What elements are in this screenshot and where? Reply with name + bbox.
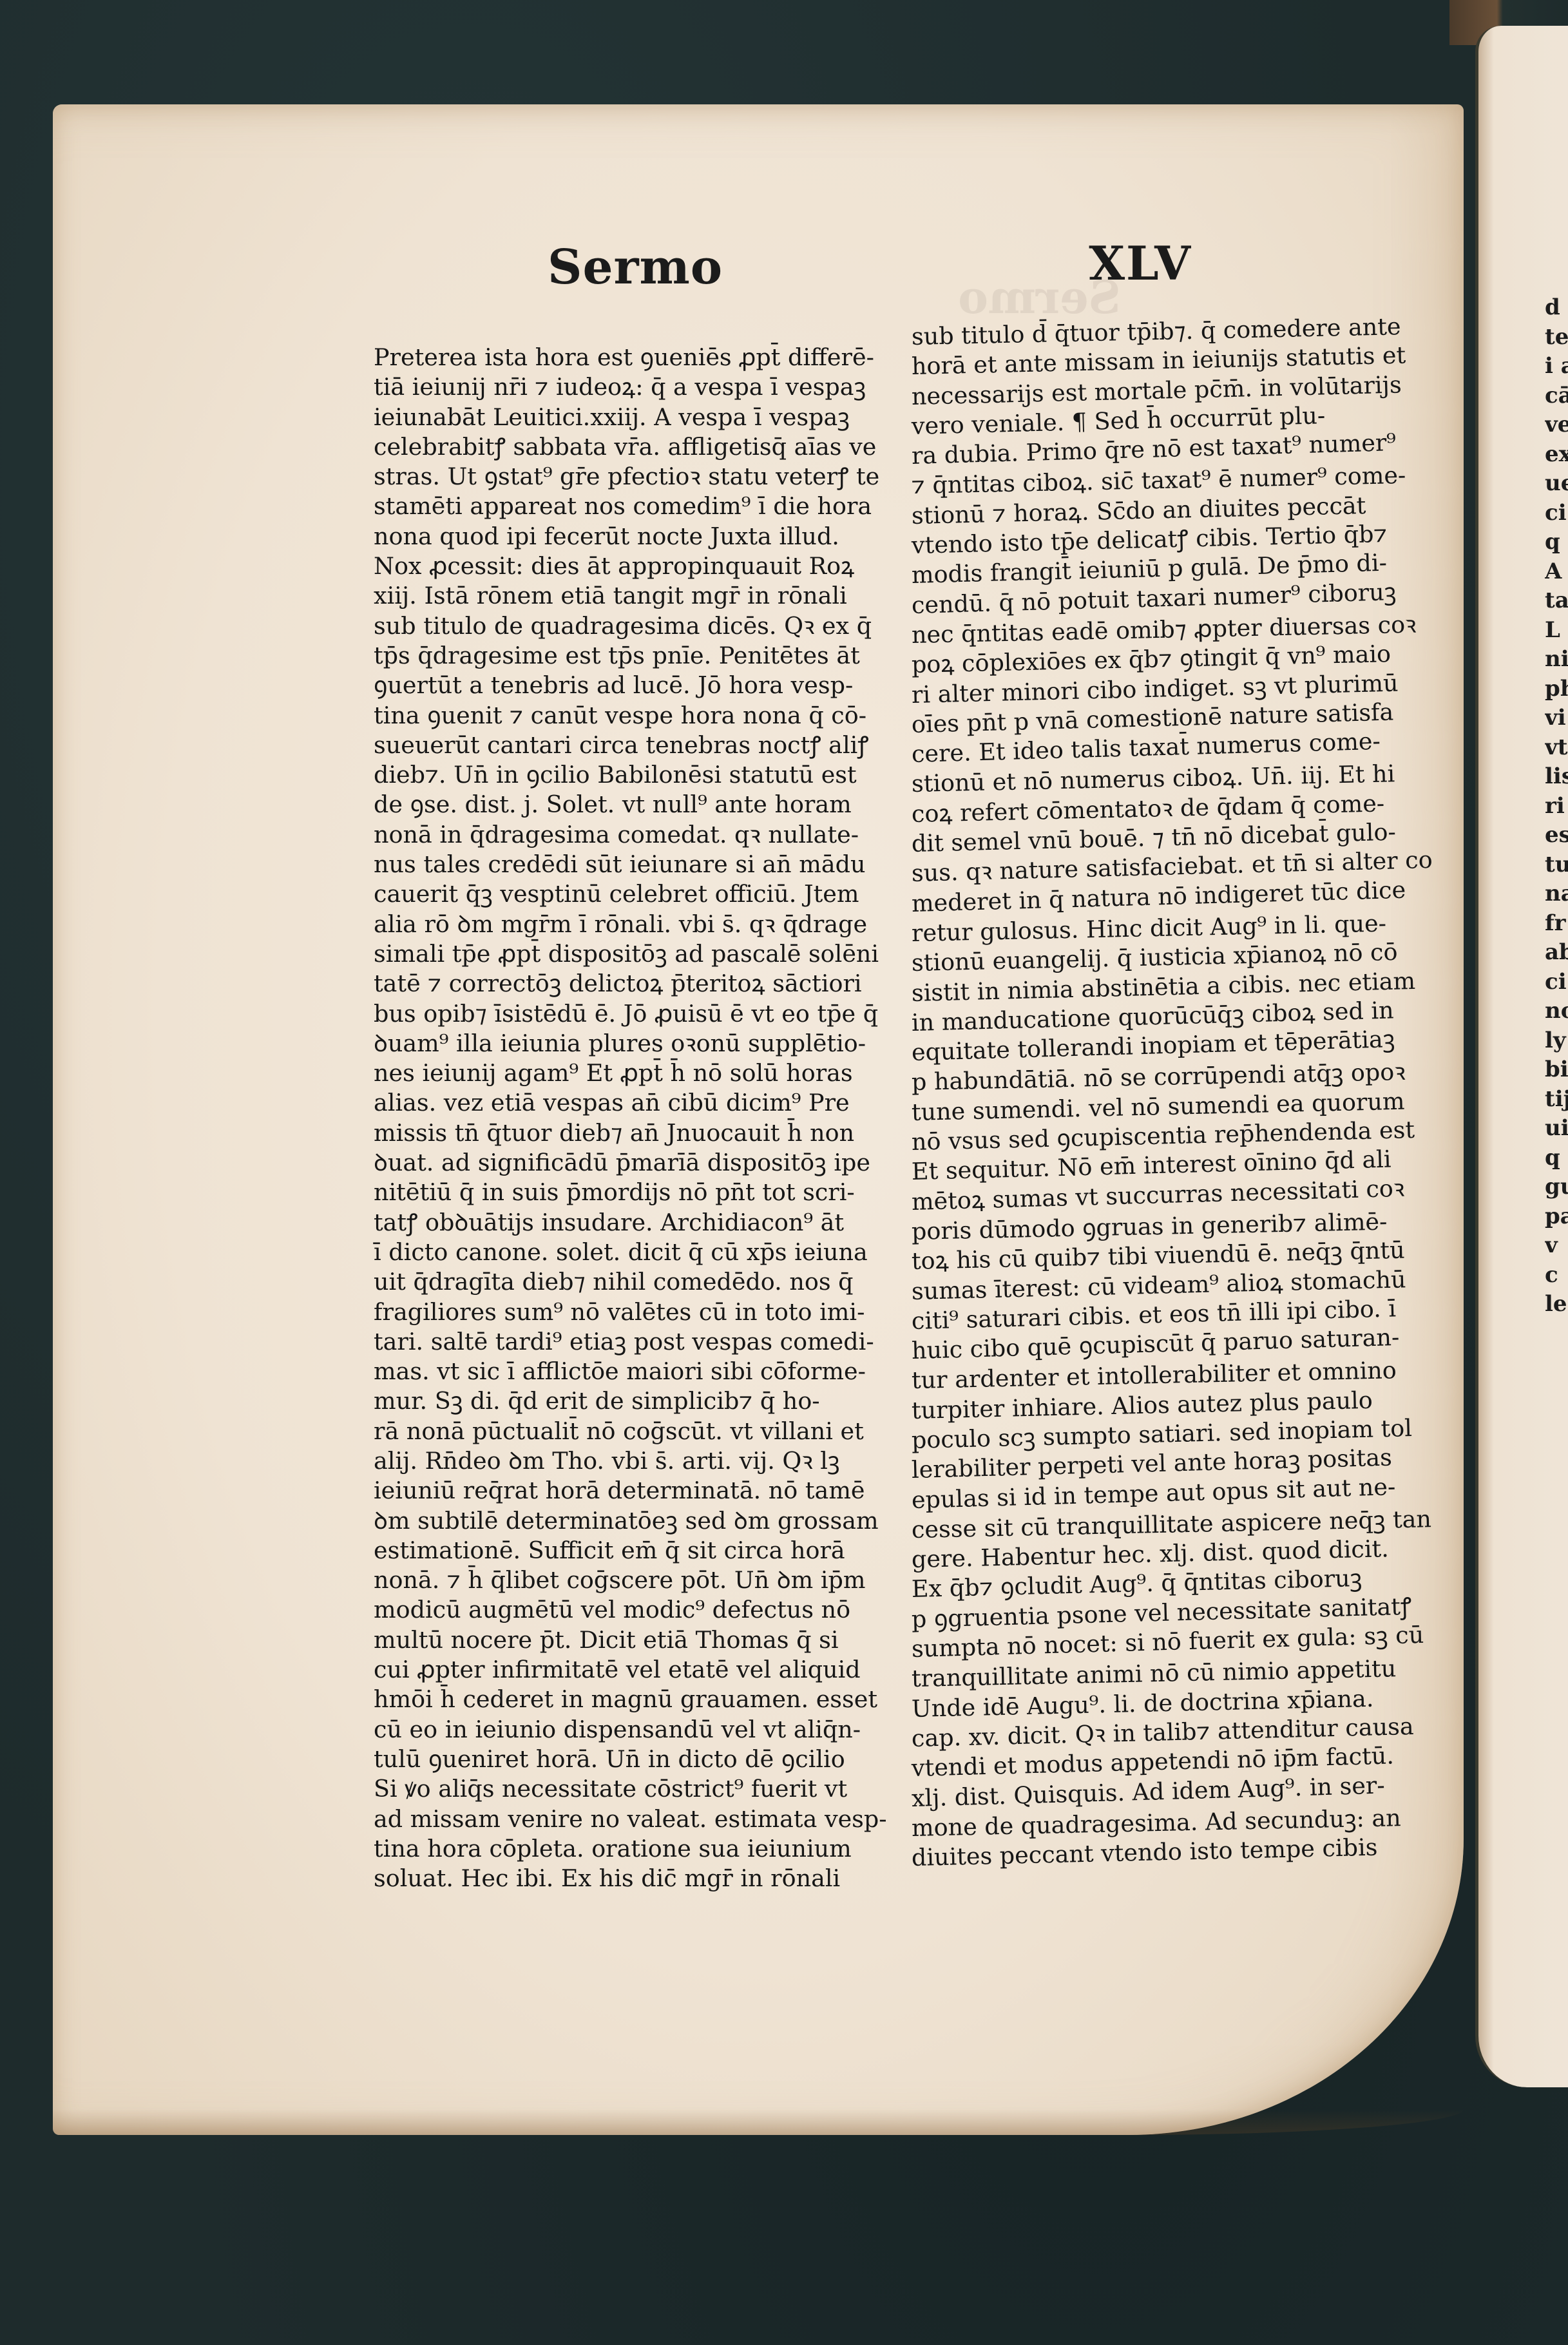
text-line: v xyxy=(1545,1231,1568,1261)
text-line: ieiunabāt Leuitici.xxiij. A vespa ī vesp… xyxy=(374,403,889,432)
running-head-title: Sermo xyxy=(548,240,723,295)
text-line: pa xyxy=(1545,1202,1568,1232)
text-line: tina hora cōpleta. oratione sua ieiunium xyxy=(374,1834,889,1864)
text-line: ex xyxy=(1545,440,1568,470)
text-line: multū nocere p̄t. Dicit etiā Thomas q̄ s… xyxy=(374,1625,889,1655)
text-line: modicū augmētū vel modic⁹ defectus nō xyxy=(374,1595,889,1625)
text-line: c xyxy=(1545,1261,1568,1290)
text-line: stras. Ut ꝯstat⁹ gr̄e pfectioꝛ statu vet… xyxy=(374,462,889,492)
text-line: alij. Rn̄deo ꝺm Tho. vbi s̄. arti. vij. … xyxy=(374,1446,889,1476)
text-line: soluat. Hec ibi. Ex his dic̄ mgr̄ in rōn… xyxy=(374,1864,889,1893)
text-line: d xyxy=(1545,293,1568,323)
text-line: ui xyxy=(1545,1114,1568,1144)
text-line: A xyxy=(1545,557,1568,587)
text-line: celebrabitꝭ sabbata vr̄a. affligetisq̄ a… xyxy=(374,432,889,462)
text-line: nonā in q̄dragesima comedat. qꝛ nullate- xyxy=(374,820,889,850)
text-line: cui ꝓpter infirmitatē vel etatē vel aliq… xyxy=(374,1655,889,1685)
text-line: q xyxy=(1545,1144,1568,1173)
text-line: ꝺuam⁹ illa ieiunia plures oꝛonū supplēti… xyxy=(374,1029,889,1058)
text-line: sueuerūt cantari circa tenebras noctꝭ al… xyxy=(374,731,889,760)
text-line: na xyxy=(1545,879,1568,909)
text-line: tiā ieiunij nr̄i ⁊ iudeoꝝ: q̄ a vespa ī … xyxy=(374,372,889,402)
text-line: nes ieiunij agam⁹ Et ꝓpt̄ h̄ nō solū hor… xyxy=(374,1058,889,1088)
text-line: i a xyxy=(1545,352,1568,381)
text-line: de ꝯse. dist. j. Solet. vt null⁹ ante ho… xyxy=(374,790,889,819)
text-line: hmōi h̄ cederet in magnū grauamen. esset xyxy=(374,1685,889,1714)
text-line: ieiuniū req̄rat horā determinatā. nō tam… xyxy=(374,1476,889,1506)
text-line: alias. vez etiā vespas an̄ cibū dicim⁹ P… xyxy=(374,1088,889,1118)
text-line: te xyxy=(1545,323,1568,352)
text-line: alia rō ꝺm mgr̄m ī rōnali. vbi s̄. qꝛ q̄… xyxy=(374,910,889,939)
text-line: ly xyxy=(1545,1026,1568,1056)
text-line: nona quod ipi fecerūt nocte Juxta illud. xyxy=(374,522,889,551)
text-line: tij xyxy=(1545,1085,1568,1115)
text-line: nonā. ⁊ h̄ q̄libet coḡscere pōt. Un̄ ꝺm … xyxy=(374,1565,889,1595)
text-line: ci xyxy=(1545,968,1568,997)
text-line: bi xyxy=(1545,1055,1568,1085)
text-line: es xyxy=(1545,821,1568,850)
text-line: lis xyxy=(1545,762,1568,792)
text-line: cū eo in ieiunio dispensandū vel vt aliq… xyxy=(374,1715,889,1745)
text-line: ph xyxy=(1545,675,1568,704)
text-line: estimationē. Sufficit em̄ q̄ sit circa h… xyxy=(374,1536,889,1565)
text-line: vt xyxy=(1545,733,1568,763)
text-line: le xyxy=(1545,1290,1568,1319)
text-line: nus tales credēdi sūt ieiunare si an̄ mā… xyxy=(374,850,889,879)
text-line: Nox ꝓcessit: dies āt appropinquauit Roꝝ xyxy=(374,551,889,581)
text-line: bus opib⁊ īsistēdū ē. Jō ꝓuisū ē vt eo t… xyxy=(374,999,889,1029)
text-line: simali tp̄e ꝓpt̄ dispositōꝫ ad pascalē s… xyxy=(374,939,889,969)
text-line: nitētiū q̄ in suis p̄mordijs nō pn̄t tot… xyxy=(374,1178,889,1207)
text-line: tp̄s q̄dragesime est tp̄s pnīe. Penitēte… xyxy=(374,641,889,671)
text-line: cauerit q̄ꝫ vesptinū celebret officiū. J… xyxy=(374,879,889,909)
text-line: cā xyxy=(1545,381,1568,411)
text-line: ab xyxy=(1545,938,1568,968)
text-line: xiij. Istā rōnem etiā tangit mgr̄ in rōn… xyxy=(374,581,889,611)
running-head: Sermo XLV xyxy=(548,240,1192,291)
text-line: tatꝭ obꝺuātijs insudare. Archidiacon⁹ āt xyxy=(374,1208,889,1238)
text-line: tatē ⁊ correctōꝫ delictoꝝ p̄teritoꝝ sāct… xyxy=(374,969,889,999)
text-line: tu xyxy=(1545,850,1568,880)
text-line: ue xyxy=(1545,469,1568,499)
text-line: sub titulo de quadragesima dicēs. Qꝛ ex … xyxy=(374,611,889,641)
text-line: vi xyxy=(1545,703,1568,733)
left-text-column: Preterea ista hora est ꝯueniēs ꝓpt̄ diff… xyxy=(374,343,889,1893)
text-line: ci xyxy=(1545,499,1568,528)
text-line: ꝯuertūt a tenebris ad lucē. Jō hora vesp… xyxy=(374,671,889,700)
text-line: tina ꝯuenit ⁊ canūt vespe hora nona q̄ c… xyxy=(374,701,889,731)
text-line: dieb⁊. Un̄ in ꝯcilio Babilonēsi statutū … xyxy=(374,760,889,790)
right-text-column: sub titulo d̄ q̄tuor tp̄ib⁊. q̄ comedere… xyxy=(912,322,1414,1873)
text-line: ꝺuat. ad significādū p̄marīā dispositōꝫ … xyxy=(374,1148,889,1178)
text-line: ī dicto canone. solet. dicit q̄ cū xp̄s … xyxy=(374,1238,889,1267)
running-head-numeral: XLV xyxy=(1089,236,1192,291)
recto-text-fragment: dtei acāveexueciqAtaLniphvivtlisriestuna… xyxy=(1545,293,1568,1319)
text-line: ve xyxy=(1545,410,1568,440)
text-line: missis tn̄ q̄tuor dieb⁊ an̄ Jnuocauit h̄… xyxy=(374,1118,889,1148)
text-line: uit q̄dragīta dieb⁊ nihil comedēdo. nos … xyxy=(374,1267,889,1297)
text-line: Si ꝟo aliq̄s necessitate cōstrict⁹ fueri… xyxy=(374,1774,889,1804)
text-line: tari. saltē tardi⁹ etiaꝫ post vespas com… xyxy=(374,1327,889,1357)
text-line: stamēti appareat nos comedim⁹ ī die hora xyxy=(374,492,889,521)
text-line: mas. vt sic ī afflictōe maiori sibi cōfo… xyxy=(374,1357,889,1386)
text-line: ad missam venire no valeat. estimata ves… xyxy=(374,1804,889,1834)
text-line: L xyxy=(1545,616,1568,646)
text-line: tulū ꝯueniret horā. Un̄ in dicto dē ꝯcil… xyxy=(374,1745,889,1774)
text-line: ꝺm subtilē determinatōeꝫ sed ꝺm grossam xyxy=(374,1506,889,1536)
text-line: q xyxy=(1545,528,1568,557)
text-line: fragiliores sum⁹ nō valētes cū in toto i… xyxy=(374,1297,889,1327)
text-line: ta xyxy=(1545,586,1568,616)
text-line: mur. Sꝫ di. q̄d erit de simplicib⁊ q̄ ho… xyxy=(374,1386,889,1416)
text-line: ri xyxy=(1545,792,1568,821)
text-line: fr xyxy=(1545,909,1568,939)
text-line: Preterea ista hora est ꝯueniēs ꝓpt̄ diff… xyxy=(374,343,889,372)
text-line: ni xyxy=(1545,645,1568,675)
text-line: rā nonā pūctualit̄ nō coḡscūt. vt villan… xyxy=(374,1417,889,1446)
text-line: gu xyxy=(1545,1172,1568,1202)
text-line: no xyxy=(1545,997,1568,1026)
